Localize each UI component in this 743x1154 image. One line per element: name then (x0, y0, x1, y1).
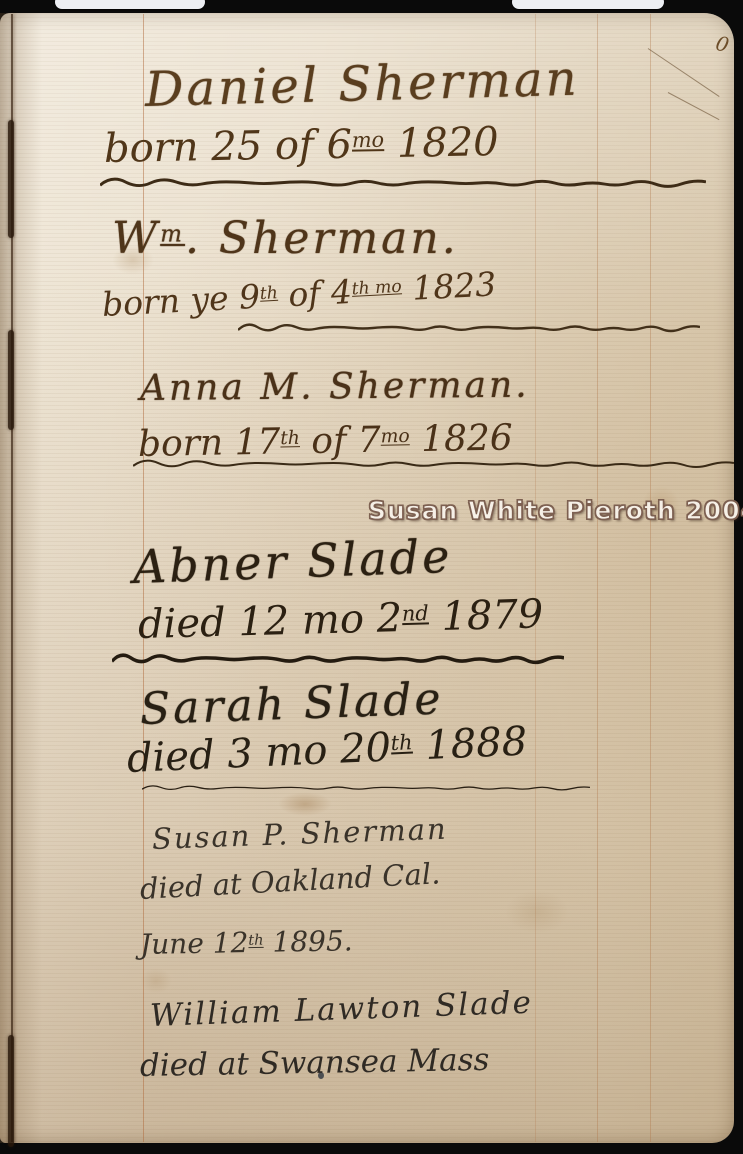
entry-detail-line: died at Swansea Mass (140, 1042, 490, 1084)
entry-detail-line: born 25 of 6mo 1820 (104, 119, 499, 172)
entry-name-line: Daniel Sherman (144, 51, 580, 118)
entry-name-line: Anna M. Sherman. (140, 365, 530, 409)
binding-knot (8, 120, 14, 238)
ink-squiggle-divider (133, 456, 734, 472)
scanner-tab-left (55, 0, 205, 9)
ink-squiggle-divider (238, 320, 700, 336)
entry-detail-line: June 12th 1895. (140, 924, 353, 961)
entry-name-line: Wm. Sherman. (112, 213, 459, 264)
scanner-tab-right (512, 0, 664, 9)
gutter-shadow (0, 13, 42, 1143)
entry-name-line: Abner Slade (132, 529, 453, 594)
ink-squiggle-divider (112, 650, 564, 668)
ink-squiggle-divider (100, 174, 706, 192)
ink-squiggle-divider (142, 783, 590, 793)
paper-stain (278, 792, 332, 816)
binding-knot (8, 1035, 14, 1147)
scanned-register-page: 0 Daniel Sherman born 25 of 6mo 1820 Wm.… (0, 0, 743, 1154)
paper-stain (140, 968, 172, 994)
watermark-overlay: Susan White Pieroth 2004 (368, 496, 743, 525)
binding-knot (8, 330, 14, 430)
paper-stain (505, 890, 569, 934)
